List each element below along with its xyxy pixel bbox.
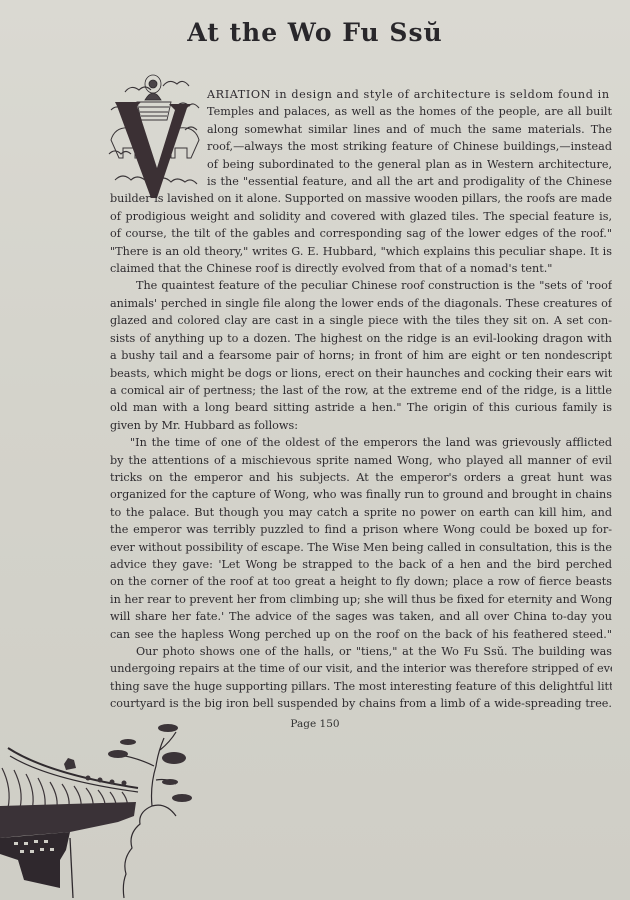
body-line: is the "essential feature, and all the a… <box>110 173 612 190</box>
body-line: given by Mr. Hubbard as follows: <box>110 417 612 434</box>
body-line: along somewhat similar lines and of much… <box>110 121 612 138</box>
body-line: Our photo shows one of the halls, or "ti… <box>110 643 612 660</box>
body-line: to the palace. But though you may catch … <box>110 504 612 521</box>
body-line: undergoing repairs at the time of our vi… <box>110 660 612 677</box>
body-line: will share her fate.' The advice of the … <box>110 608 612 625</box>
body-line: by the attentions of a mischievous sprit… <box>110 452 612 469</box>
body-line: Temples and palaces, as well as the home… <box>110 103 612 120</box>
body-line: on the corner of the roof at too great a… <box>110 573 612 590</box>
body-line: The quaintest feature of the peculiar Ch… <box>110 277 612 294</box>
body-line: of course, the tilt of the gables and co… <box>110 225 612 242</box>
body-line: in her rear to prevent her from climbing… <box>110 591 612 608</box>
body-line: "In the time of one of the oldest of the… <box>110 434 612 451</box>
body-line: glazed and colored clay are cast in a si… <box>110 312 612 329</box>
body-line: a comical air of pertness; the last of t… <box>110 382 612 399</box>
body-line: old man with a long beard sitting astrid… <box>110 399 612 416</box>
body-line: claimed that the Chinese roof is directl… <box>110 260 612 277</box>
body-line: roof,—always the most striking feature o… <box>110 138 612 155</box>
body-line: sists of anything up to a dozen. The hig… <box>110 330 612 347</box>
body-line: of prodigious weight and solidity and co… <box>110 208 612 225</box>
body-line: organized for the capture of Wong, who w… <box>110 486 612 503</box>
page-title: At the Wo Fu Ssŭ <box>0 18 630 47</box>
body-line: builder is lavished on it alone. Support… <box>110 190 612 207</box>
body-line: can see the hapless Wong perched up on t… <box>110 626 612 643</box>
body-line: advice they gave: 'Let Wong be strapped … <box>110 556 612 573</box>
body-line: of being subordinated to the general pla… <box>110 156 612 173</box>
body-line: ever without possibility of escape. The … <box>110 539 612 556</box>
roof-and-tree-illustration-icon <box>0 720 200 900</box>
body-line: tricks on the emperor and his subjects. … <box>110 469 612 486</box>
body-line: courtyard is the big iron bell suspended… <box>110 695 612 712</box>
body-line: a bushy tail and a fearsome pair of horn… <box>110 347 612 364</box>
body-line: "There is an old theory," writes G. E. H… <box>110 243 612 260</box>
article-body: ARIATION in design and style of architec… <box>110 86 612 713</box>
body-line: animals' perched in single file along th… <box>110 295 612 312</box>
body-line: beasts, which might be dogs or lions, er… <box>110 365 612 382</box>
body-line: thing save the huge supporting pillars. … <box>110 678 612 695</box>
body-line: the emperor was terribly puzzled to find… <box>110 521 612 538</box>
body-line: ARIATION in design and style of architec… <box>110 86 612 103</box>
book-page: At the Wo Fu Ssŭ <box>0 0 630 900</box>
